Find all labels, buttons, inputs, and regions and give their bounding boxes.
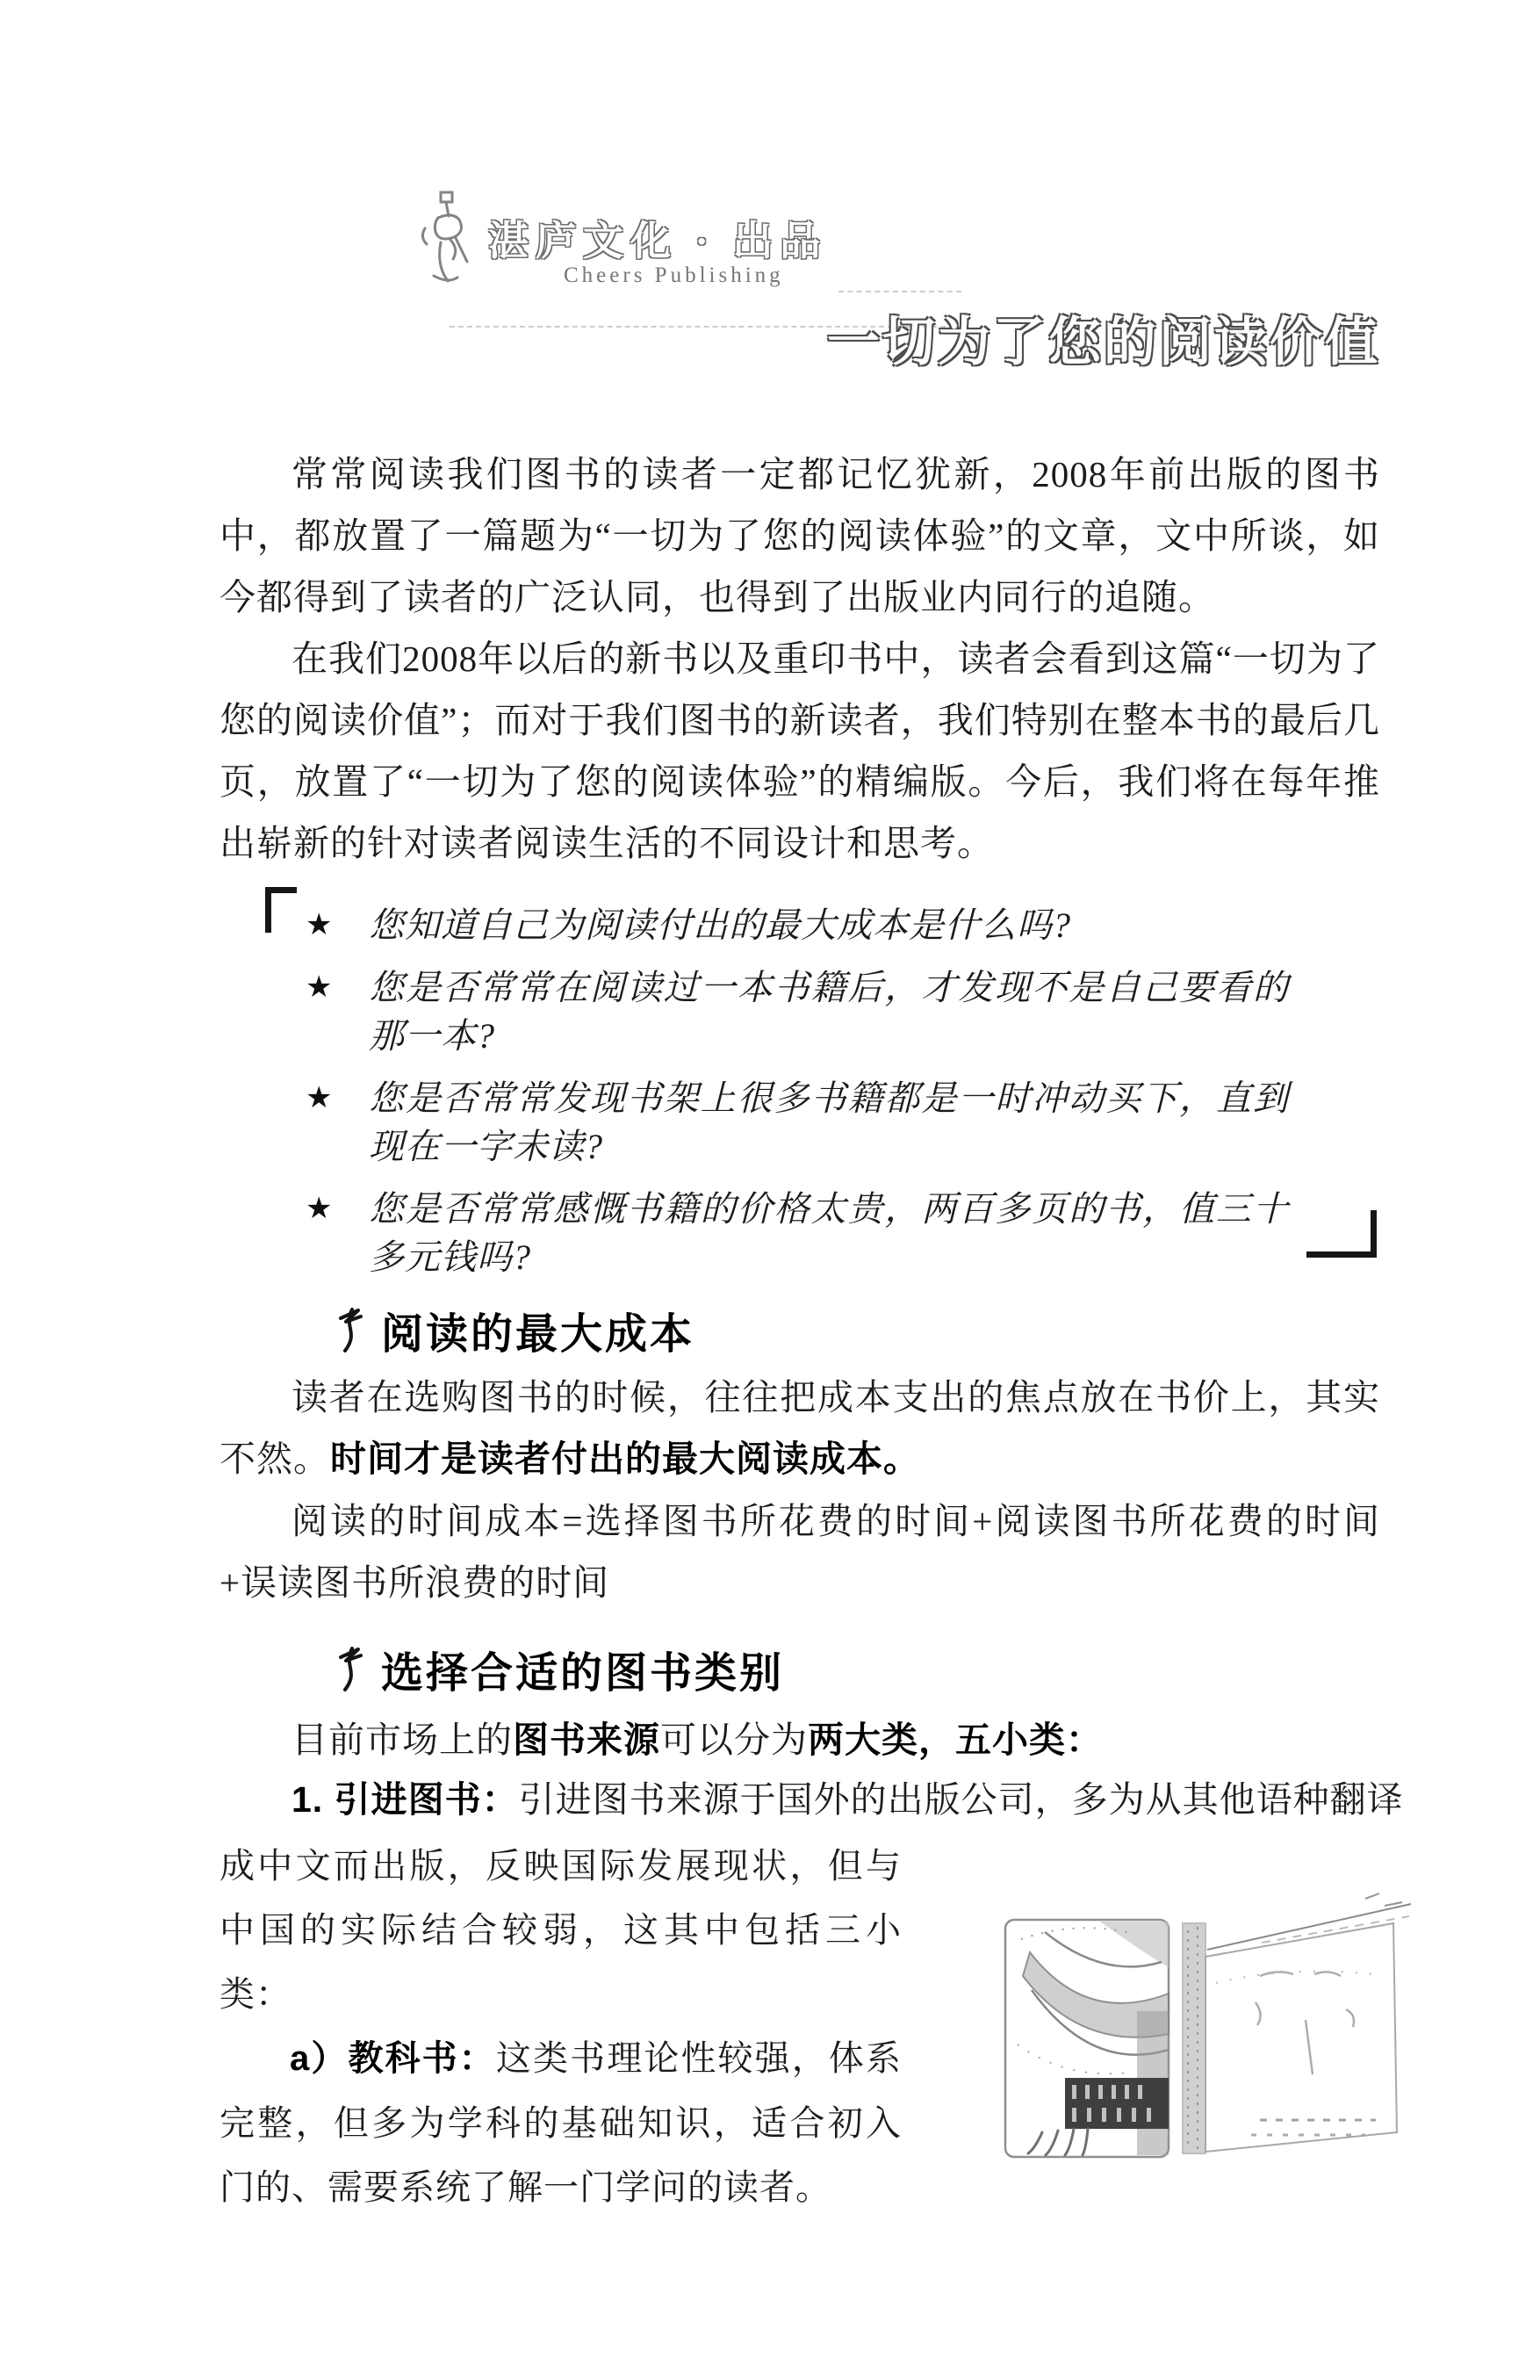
intro-paragraph-1: 常常阅读我们图书的读者一定都记忆犹新，2008年前出版的图书中，都放置了一篇题为… bbox=[219, 444, 1380, 628]
question-item: ★ 您是否常常发现书架上很多书籍都是一时冲动买下，直到现在一字未读? bbox=[306, 1074, 1289, 1171]
book-source-bold: 图书来源 bbox=[513, 1720, 660, 1760]
section-marker-icon bbox=[335, 1645, 365, 1694]
cost-paragraph-bold: 时间才是读者付出的最大阅读成本。 bbox=[330, 1439, 920, 1479]
question-text: 您是否常常感慨书籍的价格太贵，两百多页的书，值三十多元钱吗? bbox=[369, 1185, 1289, 1281]
right-book-cover bbox=[1183, 1893, 1411, 2153]
question-item: ★ 您是否常常感慨书籍的价格太贵，两百多页的书，值三十多元钱吗? bbox=[306, 1185, 1289, 1281]
section-heading-cost: 阅读的最大成本 bbox=[335, 1300, 694, 1360]
star-bullet-icon: ★ bbox=[306, 1074, 369, 1171]
page-slogan-title: 一切为了您的阅读价值 bbox=[827, 300, 1380, 376]
left-book-cover bbox=[1005, 1920, 1169, 2157]
scan-artifact-line bbox=[838, 291, 961, 292]
publisher-name: 湛庐文化 · 出品 bbox=[488, 209, 827, 267]
publisher-logo-icon bbox=[414, 190, 478, 293]
book-source-prefix: 目前市场上的 bbox=[291, 1720, 513, 1760]
section-heading-text: 选择合适的图书类别 bbox=[381, 1639, 784, 1699]
publisher-logo: 湛庐文化 · 出品 Cheers Publishing bbox=[414, 190, 959, 304]
imported-books-item: 1. 引进图书：引进图书来源于国外的出版公司，多为从其他语种翻译 bbox=[219, 1769, 1404, 1830]
quote-bracket-bottomright-icon bbox=[1306, 1210, 1377, 1258]
question-text: 您知道自己为阅读付出的最大成本是什么吗? bbox=[369, 901, 1289, 949]
quote-bracket-topleft-icon bbox=[265, 887, 297, 933]
book-source-mid: 可以分为 bbox=[660, 1720, 808, 1760]
section-marker-icon bbox=[335, 1306, 365, 1355]
question-item: ★ 您知道自己为阅读付出的最大成本是什么吗? bbox=[306, 901, 1289, 949]
star-bullet-icon: ★ bbox=[306, 1185, 369, 1281]
cost-paragraph: 读者在选购图书的时候，往往把成本支出的焦点放在书价上，其实不然。时间才是读者付出… bbox=[219, 1367, 1380, 1489]
question-text: 您是否常常发现书架上很多书籍都是一时冲动买下，直到现在一字未读? bbox=[369, 1074, 1289, 1171]
publisher-subtitle: Cheers Publishing bbox=[564, 263, 784, 288]
section-heading-choose: 选择合适的图书类别 bbox=[335, 1639, 784, 1699]
star-bullet-icon: ★ bbox=[306, 901, 369, 949]
question-list: ★ 您知道自己为阅读付出的最大成本是什么吗? ★ 您是否常常在阅读过一本书籍后，… bbox=[306, 901, 1289, 1295]
intro-paragraph-2: 在我们2008年以后的新书以及重印书中，读者会看到这篇“一切为了您的阅读价值”；… bbox=[219, 628, 1380, 874]
imported-books-text: 引进图书来源于国外的出版公司，多为从其他语种翻译 bbox=[519, 1779, 1404, 1820]
book-source-intro: 目前市场上的图书来源可以分为两大类，五小类： bbox=[219, 1709, 1380, 1771]
book-covers-photo bbox=[997, 1869, 1418, 2167]
question-item: ★ 您是否常常在阅读过一本书籍后，才发现不是自己要看的那一本? bbox=[306, 963, 1289, 1060]
section-heading-text: 阅读的最大成本 bbox=[381, 1300, 694, 1360]
star-bullet-icon: ★ bbox=[306, 963, 369, 1060]
imported-books-label: 1. 引进图书： bbox=[291, 1779, 519, 1820]
question-text: 您是否常常在阅读过一本书籍后，才发现不是自己要看的那一本? bbox=[369, 963, 1289, 1060]
textbook-label: a）教科书： bbox=[290, 2039, 496, 2078]
time-cost-formula: 阅读的时间成本=选择图书所花费的时间+阅读图书所花费的时间+误读图书所浪费的时间 bbox=[219, 1490, 1380, 1613]
scanned-book-page: 湛庐文化 · 出品 Cheers Publishing 一切为了您的阅读价值 常… bbox=[0, 0, 1540, 2380]
book-source-categories-bold: 两大类，五小类： bbox=[808, 1720, 1103, 1760]
